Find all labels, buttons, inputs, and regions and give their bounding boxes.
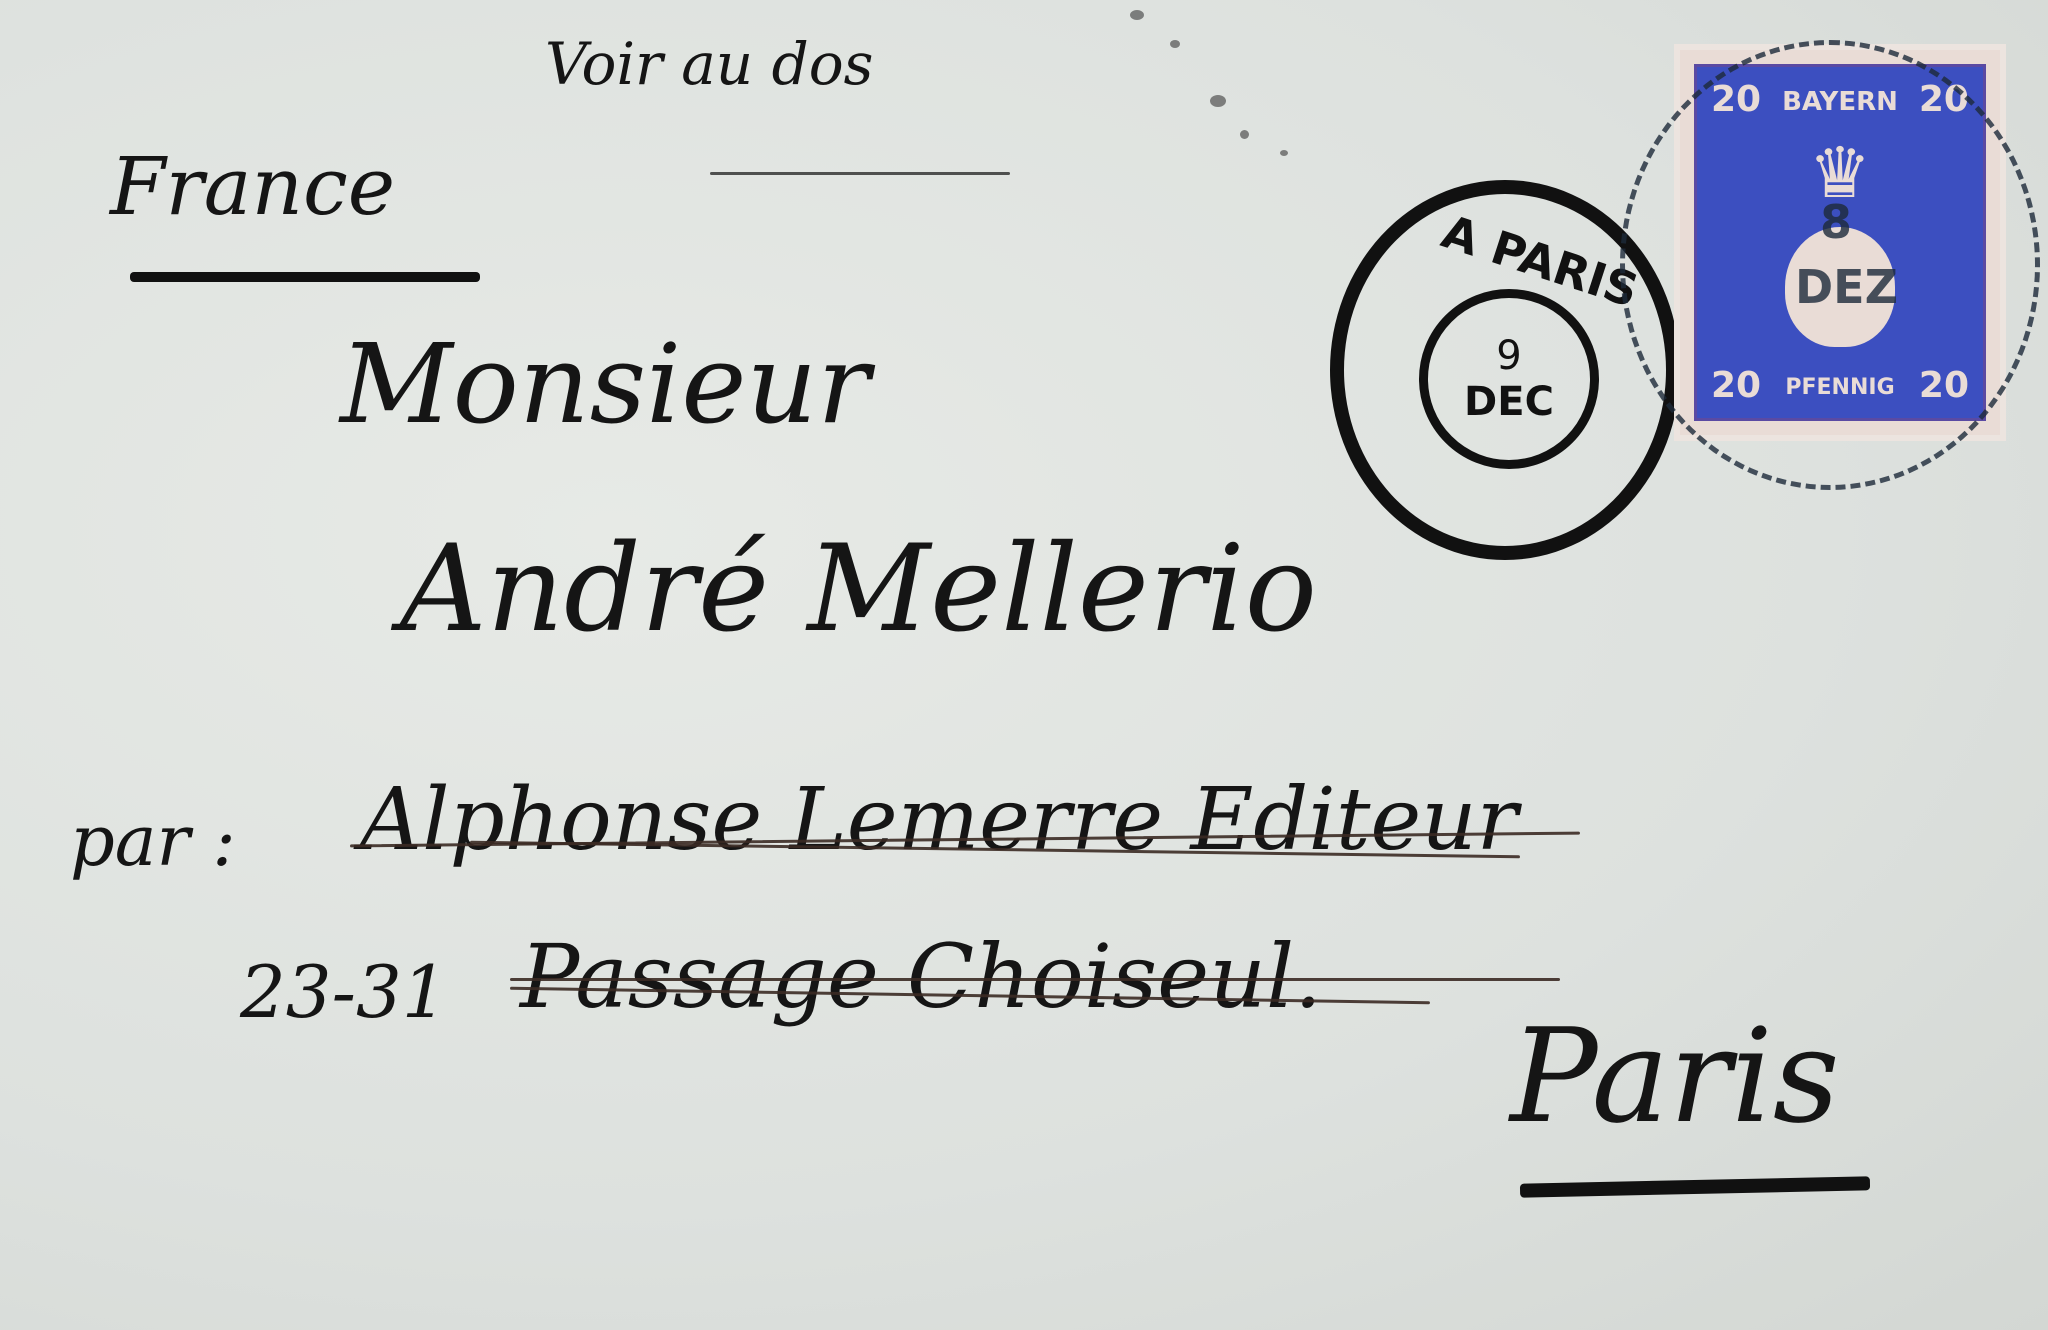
via-label: par :: [70, 800, 236, 882]
ink-speck: [1240, 130, 1249, 139]
city-text: Paris: [1510, 1000, 1840, 1152]
ink-speck: [1130, 10, 1144, 20]
salutation-text: Monsieur: [340, 320, 870, 448]
ink-speck: [1170, 40, 1180, 48]
recipient-name: André Mellerio: [400, 520, 1317, 659]
ink-speck: [1210, 95, 1226, 107]
top-note: Voir au dos: [545, 30, 873, 98]
postmark-date-circle: 9 DEC: [1419, 289, 1599, 469]
postmark-day: 9: [1496, 333, 1521, 379]
city-underline: [1520, 1176, 1870, 1197]
country-text: France: [110, 140, 395, 233]
cancel-month: DEZ: [1795, 260, 1898, 314]
top-note-rule: [710, 172, 1010, 175]
ink-speck: [1280, 150, 1288, 156]
postmark-month: DEC: [1464, 379, 1554, 425]
struck-street-line: Passage Choiseul.: [520, 925, 1322, 1028]
stamp-cancellation: 8 DEZ: [1620, 40, 2040, 490]
cancel-day: 8: [1820, 195, 1852, 249]
country-underline: [130, 272, 480, 282]
envelope: Voir au dos France Monsieur André Meller…: [0, 0, 2048, 1330]
address-number: 23-31: [240, 950, 448, 1034]
strike-line: [510, 978, 1560, 981]
